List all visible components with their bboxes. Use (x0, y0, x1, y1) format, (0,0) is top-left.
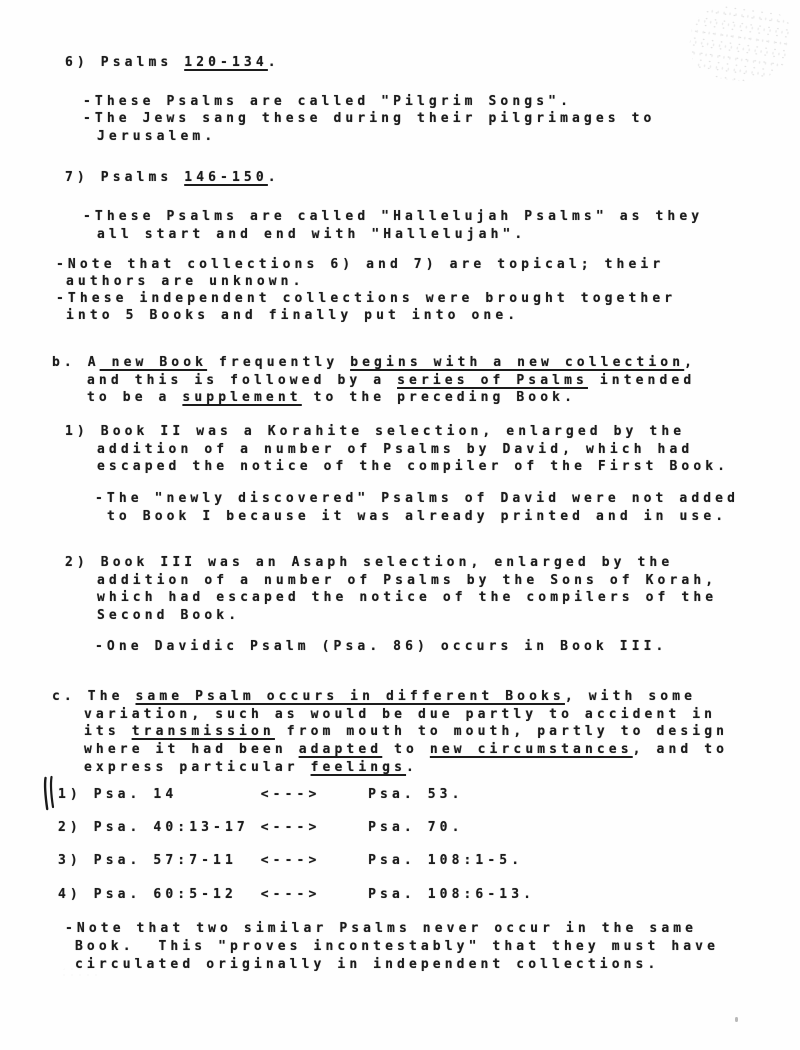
text-line: 6) Psalms 120-134. (65, 55, 280, 70)
underlined-text-segment: begins with a new collection (350, 355, 684, 370)
text-line: into 5 Books and finally put into one. (66, 308, 519, 323)
underlined-text-segment: transmission (132, 724, 275, 739)
underlined-text-segment: 120-134 (184, 55, 268, 70)
text-segment: , (684, 355, 696, 370)
text-line: variation, such as would be due partly t… (84, 707, 716, 722)
text-segment: variation, such as would be due partly t… (84, 707, 716, 722)
text-line: 7) Psalms 146-150. (65, 170, 280, 185)
text-line: to be a supplement to the preceding Book… (87, 390, 576, 405)
text-segment: Jerusalem. (97, 129, 216, 144)
text-line: addition of a number of Psalms by the So… (97, 573, 717, 588)
text-segment: 1) Book II was a Korahite selection, enl… (65, 424, 685, 439)
text-line: Second Book. (97, 608, 240, 623)
text-line: where it had been adapted to new circums… (84, 742, 728, 757)
text-segment: 2) Book III was an Asaph selection, enla… (65, 555, 673, 570)
text-segment: c. The (52, 689, 136, 704)
text-segment: 2) Psa. 40:13-17 <---> Psa. 70. (58, 820, 464, 835)
text-line: -The Jews sang these during their pilgri… (83, 111, 655, 126)
underlined-text-segment: supplement (182, 390, 301, 405)
text-segment: . (268, 170, 280, 185)
text-line: addition of a number of Psalms by David,… (97, 442, 693, 457)
text-segment: -The "newly discovered" Psalms of David … (95, 491, 739, 506)
text-segment: circulated originally in independent col… (75, 957, 659, 972)
text-line: Book. This "proves incontestably" that t… (75, 939, 719, 954)
underlined-text-segment: new circumstances (430, 742, 633, 757)
text-segment: addition of a number of Psalms by the So… (97, 573, 717, 588)
text-segment: frequently (207, 355, 350, 370)
text-line: -One Davidic Psalm (Psa. 86) occurs in B… (95, 639, 667, 654)
text-segment: its (84, 724, 132, 739)
text-line: -These independent collections were brou… (56, 291, 676, 306)
text-segment: 6) Psalms (65, 55, 184, 70)
text-segment: 7) Psalms (65, 170, 184, 185)
text-line: Jerusalem. (97, 129, 216, 144)
text-line: -Note that collections 6) and 7) are top… (56, 257, 664, 272)
text-segment: intended (588, 373, 695, 388)
text-segment: escaped the notice of the compiler of th… (97, 459, 729, 474)
underlined-text-segment: new Book (100, 355, 207, 370)
underlined-text-segment: 146-150 (184, 170, 268, 185)
text-segment: to Book I because it was already printed… (107, 509, 727, 524)
text-line: -These Psalms are called "Pilgrim Songs"… (83, 94, 572, 109)
text-segment: 1) Psa. 14 <---> Psa. 53. (58, 787, 464, 802)
text-line: 2) Psa. 40:13-17 <---> Psa. 70. (58, 820, 464, 835)
text-line: 3) Psa. 57:7-11 <---> Psa. 108:1-5. (58, 853, 523, 868)
text-segment: Second Book. (97, 608, 240, 623)
text-segment: , and to (633, 742, 728, 757)
text-segment: . (406, 760, 418, 775)
text-segment: to the preceding Book. (302, 390, 576, 405)
text-segment: all start and end with "Hallelujah". (97, 227, 526, 242)
scan-speck (735, 1017, 738, 1022)
underlined-text-segment: same Psalm occurs in different Books (136, 689, 565, 704)
margin-pen-mark-icon (39, 775, 59, 813)
scanned-document-page: 6) Psalms 120-134.-These Psalms are call… (0, 0, 800, 1050)
text-line: -Note that two similar Psalms never occu… (65, 921, 697, 936)
scan-noise-patch (685, 0, 794, 88)
text-segment: -Note that two similar Psalms never occu… (65, 921, 697, 936)
text-segment: addition of a number of Psalms by David,… (97, 442, 693, 457)
text-line: and this is followed by a series of Psal… (87, 373, 695, 388)
text-segment: , with some (565, 689, 696, 704)
text-line: c. The same Psalm occurs in different Bo… (52, 689, 696, 704)
text-segment: -These independent collections were brou… (56, 291, 676, 306)
text-segment: express particular (84, 760, 311, 775)
text-line: b. A new Book frequently begins with a n… (52, 355, 696, 370)
text-segment: authors are unknown. (66, 274, 305, 289)
text-line: 4) Psa. 60:5-12 <---> Psa. 108:6-13. (58, 887, 535, 902)
text-segment: 3) Psa. 57:7-11 <---> Psa. 108:1-5. (58, 853, 523, 868)
text-segment: -The Jews sang these during their pilgri… (83, 111, 655, 126)
text-segment: 4) Psa. 60:5-12 <---> Psa. 108:6-13. (58, 887, 535, 902)
text-line: its transmission from mouth to mouth, pa… (84, 724, 728, 739)
text-segment: where it had been (84, 742, 299, 757)
text-segment: into 5 Books and finally put into one. (66, 308, 519, 323)
text-segment: . (268, 55, 280, 70)
text-line: circulated originally in independent col… (75, 957, 659, 972)
text-segment: to be a (87, 390, 182, 405)
text-line: authors are unknown. (66, 274, 305, 289)
text-line: 2) Book III was an Asaph selection, enla… (65, 555, 673, 570)
text-line: 1) Book II was a Korahite selection, enl… (65, 424, 685, 439)
text-segment: -One Davidic Psalm (Psa. 86) occurs in B… (95, 639, 667, 654)
text-segment: Book. This "proves incontestably" that t… (75, 939, 719, 954)
text-segment: -Note that collections 6) and 7) are top… (56, 257, 664, 272)
text-line: which had escaped the notice of the comp… (97, 590, 717, 605)
text-segment: which had escaped the notice of the comp… (97, 590, 717, 605)
text-line: -The "newly discovered" Psalms of David … (95, 491, 739, 506)
underlined-text-segment: series of Psalms (397, 373, 588, 388)
text-segment: and this is followed by a (87, 373, 397, 388)
text-segment: b. A (52, 355, 100, 370)
underlined-text-segment: feelings (311, 760, 406, 775)
text-segment: -These Psalms are called "Pilgrim Songs"… (83, 94, 572, 109)
text-segment: to (382, 742, 430, 757)
text-segment: -These Psalms are called "Hallelujah Psa… (83, 209, 703, 224)
text-line: all start and end with "Hallelujah". (97, 227, 526, 242)
text-line: -These Psalms are called "Hallelujah Psa… (83, 209, 703, 224)
underlined-text-segment: adapted (299, 742, 383, 757)
text-line: escaped the notice of the compiler of th… (97, 459, 729, 474)
text-segment: from mouth to mouth, partly to design (275, 724, 728, 739)
text-line: to Book I because it was already printed… (107, 509, 727, 524)
text-line: express particular feelings. (84, 760, 418, 775)
text-line: 1) Psa. 14 <---> Psa. 53. (58, 787, 464, 802)
